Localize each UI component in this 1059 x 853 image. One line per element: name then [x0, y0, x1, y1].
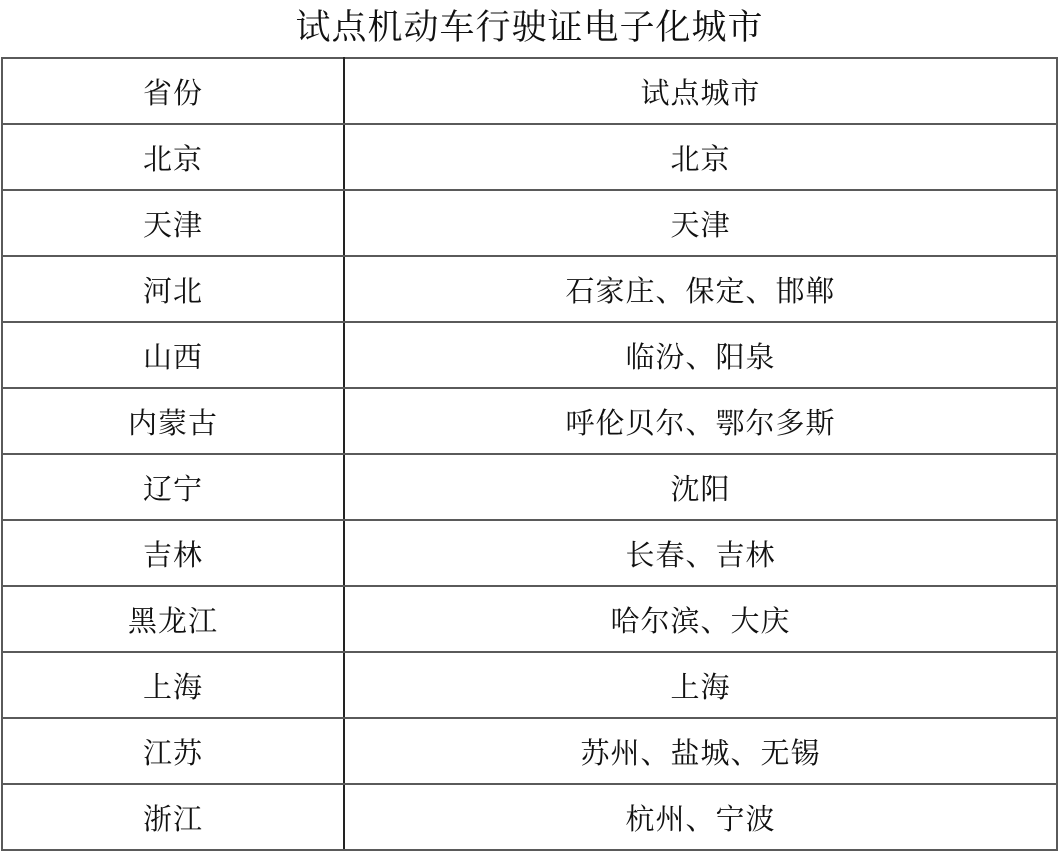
table-row: 北京 北京: [2, 124, 1057, 190]
table-row: 上海 上海: [2, 652, 1057, 718]
cities-cell: 石家庄、保定、邯郸: [344, 256, 1057, 322]
province-cell: 辽宁: [2, 454, 344, 520]
table-row: 吉林 长春、吉林: [2, 520, 1057, 586]
header-cities: 试点城市: [344, 58, 1057, 124]
province-cell: 黑龙江: [2, 586, 344, 652]
cities-cell: 长春、吉林: [344, 520, 1057, 586]
cities-cell: 上海: [344, 652, 1057, 718]
table-row: 天津 天津: [2, 190, 1057, 256]
province-cell: 上海: [2, 652, 344, 718]
province-cell: 江苏: [2, 718, 344, 784]
province-cell: 山西: [2, 322, 344, 388]
table-header-row: 省份 试点城市: [2, 58, 1057, 124]
table-row: 内蒙古 呼伦贝尔、鄂尔多斯: [2, 388, 1057, 454]
table-row: 浙江 杭州、宁波: [2, 784, 1057, 850]
province-cell: 天津: [2, 190, 344, 256]
table-row: 河北 石家庄、保定、邯郸: [2, 256, 1057, 322]
header-province: 省份: [2, 58, 344, 124]
province-cell: 北京: [2, 124, 344, 190]
cities-cell: 杭州、宁波: [344, 784, 1057, 850]
cities-cell: 沈阳: [344, 454, 1057, 520]
province-cell: 河北: [2, 256, 344, 322]
pilot-cities-table: 省份 试点城市 北京 北京 天津 天津 河北 石家庄、保定、邯郸 山西 临汾、阳…: [1, 57, 1058, 851]
cities-cell: 哈尔滨、大庆: [344, 586, 1057, 652]
cities-cell: 天津: [344, 190, 1057, 256]
table-row: 江苏 苏州、盐城、无锡: [2, 718, 1057, 784]
province-cell: 吉林: [2, 520, 344, 586]
cities-cell: 呼伦贝尔、鄂尔多斯: [344, 388, 1057, 454]
cities-cell: 苏州、盐城、无锡: [344, 718, 1057, 784]
province-cell: 内蒙古: [2, 388, 344, 454]
table-row: 山西 临汾、阳泉: [2, 322, 1057, 388]
cities-cell: 临汾、阳泉: [344, 322, 1057, 388]
cities-cell: 北京: [344, 124, 1057, 190]
table-row: 辽宁 沈阳: [2, 454, 1057, 520]
province-cell: 浙江: [2, 784, 344, 850]
table-row: 黑龙江 哈尔滨、大庆: [2, 586, 1057, 652]
page-title: 试点机动车行驶证电子化城市: [0, 0, 1059, 57]
